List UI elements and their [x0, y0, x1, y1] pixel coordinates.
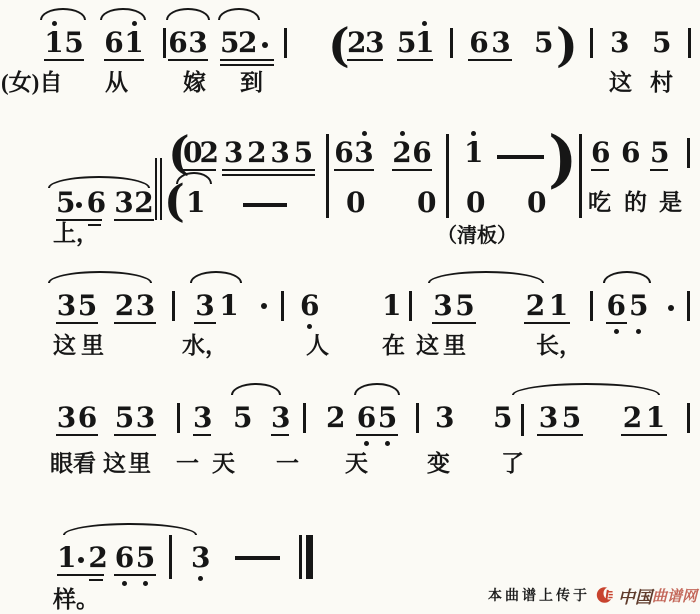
note-digit: 2 — [347, 30, 365, 56]
note-digit: 6 — [77, 405, 98, 431]
barline — [590, 28, 593, 58]
note-digit: 5 — [397, 30, 415, 56]
note-digit: 3 — [191, 545, 209, 571]
barline — [521, 404, 524, 436]
note-digit: 5 — [135, 545, 156, 571]
augmentation-dot — [668, 305, 674, 311]
lyric: 天 — [212, 452, 237, 476]
tie — [40, 8, 86, 20]
note-digit: 3 — [354, 140, 374, 166]
held-note-dash — [243, 203, 287, 207]
barline — [281, 291, 284, 321]
note-digit: 3 — [222, 140, 245, 166]
note-digit: 3 — [193, 293, 217, 319]
barline — [303, 403, 306, 433]
lyric: 这里 — [53, 334, 109, 358]
note-digit: 5 — [493, 405, 509, 431]
barline — [450, 28, 453, 58]
note-digit: 3 — [490, 30, 512, 56]
note-group: 63 — [334, 140, 374, 186]
tie — [512, 383, 660, 395]
note-digit: 0 — [346, 190, 362, 216]
note-group: 5 — [650, 140, 668, 186]
barline — [416, 403, 419, 433]
note-digit: 2 — [114, 293, 135, 319]
note-digit: 6 — [605, 293, 628, 319]
underline — [650, 169, 668, 171]
note-digit: 1 — [124, 30, 144, 56]
underline — [56, 434, 98, 436]
note-digit: 3 — [193, 405, 211, 431]
site-logo-icon — [596, 586, 614, 604]
barline — [579, 134, 582, 218]
underline — [220, 59, 274, 61]
underline — [193, 434, 211, 436]
note-digit: 3 — [269, 140, 292, 166]
underline — [537, 434, 583, 436]
note-digit: 6 — [104, 30, 124, 56]
note-group: 23 — [347, 30, 383, 76]
underline — [114, 434, 156, 436]
lyric: 天 — [345, 452, 370, 476]
octave-dot-high — [400, 131, 405, 136]
note-digit: 6 — [334, 140, 354, 166]
octave-dot-high — [132, 21, 137, 26]
lyric: 长， — [536, 334, 582, 358]
parenthesis: ( — [164, 180, 185, 224]
tie — [48, 271, 152, 283]
tie — [354, 383, 400, 395]
barline — [172, 291, 175, 321]
underline — [56, 322, 98, 324]
note-digit: 0 — [527, 190, 543, 216]
tie — [190, 271, 242, 283]
rhythm-dot — [262, 42, 268, 48]
underline — [194, 322, 216, 324]
note-group: 3235 — [222, 140, 315, 186]
note-digit: 5 — [377, 405, 398, 431]
note-digit: 1 — [644, 405, 667, 431]
barline — [326, 134, 329, 218]
annotation: （清板） — [437, 224, 517, 248]
underline — [347, 59, 383, 61]
note-digit: 2 — [88, 545, 104, 571]
barline — [687, 291, 690, 321]
score-canvas: 15616352(2351635)35(女)自从嫁到这村5632((023235… — [0, 0, 700, 614]
note-digit: 0 — [417, 190, 433, 216]
barline — [169, 535, 172, 579]
tie — [231, 383, 281, 395]
note-digit: 2 — [621, 405, 644, 431]
note-digit: 5 — [652, 30, 670, 56]
final-barline — [299, 535, 302, 579]
note-group: 51 — [397, 30, 433, 76]
octave-dot-high — [471, 131, 476, 136]
lyric: 一 — [276, 452, 301, 476]
underline — [114, 322, 156, 324]
underline — [168, 59, 208, 61]
lyric: 是 — [659, 191, 684, 215]
tie — [428, 271, 544, 283]
underline — [621, 434, 667, 436]
note-digit: 6 — [621, 140, 639, 166]
tie — [63, 523, 197, 535]
octave-dot-high — [362, 131, 367, 136]
note-digit: 2 — [245, 140, 268, 166]
lyric: 的 — [624, 191, 649, 215]
note-group: 3 — [271, 405, 289, 451]
lyric: 样。 — [53, 588, 99, 612]
note-digit: 5 — [220, 30, 238, 56]
lyric: 到 — [240, 71, 265, 95]
barline — [688, 28, 691, 58]
note-digit: 2 — [392, 140, 412, 166]
note-group: 3 — [435, 405, 451, 451]
note-group: 0 — [417, 190, 433, 236]
lyric: 人 — [306, 334, 331, 358]
score-sheet: 15616352(2351635)35(女)自从嫁到这村5632((023235… — [0, 0, 700, 614]
tie — [100, 8, 146, 20]
note-digit: 5 — [77, 293, 98, 319]
note-group: 2 — [326, 405, 342, 451]
underline — [114, 219, 154, 221]
note-digit: 5 — [292, 140, 315, 166]
note-group: 65 — [605, 293, 650, 339]
lyric: 一 — [176, 452, 201, 476]
octave-dot-low — [143, 581, 148, 586]
lyric: 从 — [105, 71, 130, 95]
augmentation-dot — [261, 303, 267, 309]
lyric: 变 — [427, 452, 452, 476]
octave-dot-low — [364, 441, 369, 446]
underline — [356, 434, 398, 436]
note-digit: 1 — [547, 293, 570, 319]
underline — [114, 574, 156, 576]
octave-dot-high — [422, 21, 427, 26]
lyric: 在 — [382, 334, 407, 358]
barline — [687, 138, 690, 168]
note-group: 1 — [186, 190, 202, 236]
lyric: (女)自 — [1, 71, 62, 95]
octave-dot-low — [198, 576, 203, 581]
note-digit: 6 — [87, 190, 102, 216]
barline — [409, 291, 412, 321]
note-digit: 5 — [650, 140, 668, 166]
note-group: 65 — [114, 545, 156, 591]
lyric: 了 — [501, 452, 526, 476]
rhythm-dot — [78, 557, 84, 563]
note-digit: 6 — [300, 293, 318, 319]
tie — [603, 271, 651, 283]
note-digit: 3 — [135, 405, 156, 431]
note-digit: 1 — [382, 293, 400, 319]
lyric: 这里 — [103, 452, 153, 476]
lyric: 眼看 — [50, 452, 96, 476]
double-barline — [160, 158, 162, 220]
lyric: 这 — [609, 71, 634, 95]
note-digit: 1 — [57, 545, 73, 571]
note-digit: 3 — [188, 30, 208, 56]
lyric: 上， — [53, 222, 99, 246]
underline — [524, 322, 570, 324]
note-digit: 3 — [537, 405, 560, 431]
note-digit: 1 — [44, 30, 64, 56]
note-digit: 3 — [365, 30, 383, 56]
note-digit: 1 — [415, 30, 433, 56]
note-group: 1 — [464, 140, 482, 186]
note-group: 6 — [591, 140, 609, 186]
note-digit: 6 — [412, 140, 432, 166]
underline — [606, 322, 627, 324]
note-digit: 5 — [454, 293, 476, 319]
note-digit: 6 — [468, 30, 490, 56]
note-digit: 1 — [217, 293, 241, 319]
note-digit: 6 — [168, 30, 188, 56]
lyric: 水， — [182, 334, 228, 358]
note-digit: 3 — [432, 293, 454, 319]
note-digit: 5 — [628, 293, 651, 319]
underline — [44, 59, 84, 61]
underline — [591, 169, 609, 171]
octave-dot-low — [614, 329, 619, 334]
note-digit: 1 — [186, 190, 202, 216]
lyric: 这里 — [416, 334, 470, 358]
site-name-secondary: 曲谱网 — [652, 585, 697, 606]
note-digit: 3 — [56, 293, 77, 319]
note-group: 5 — [233, 405, 249, 451]
note-group: 53 — [114, 405, 156, 451]
underline — [222, 169, 315, 171]
tie — [166, 8, 210, 20]
note-group: 23 — [114, 293, 156, 339]
note-digit: 6 — [356, 405, 377, 431]
underline — [183, 169, 216, 171]
note-digit: 0 — [183, 140, 200, 166]
note-group: 5 — [493, 405, 509, 451]
underline — [468, 59, 512, 61]
underline — [432, 322, 476, 324]
note-digit: 0 — [466, 190, 482, 216]
note-digit: 5 — [534, 30, 552, 56]
watermark: 本曲谱上传于 中国 曲谱网 — [488, 583, 697, 607]
underline — [220, 64, 274, 66]
octave-dot-low — [636, 329, 641, 334]
barline — [163, 28, 166, 58]
underline — [57, 574, 104, 576]
parenthesis: ) — [548, 128, 577, 190]
rhythm-dot — [76, 202, 82, 208]
note-digit: 5 — [64, 30, 84, 56]
note-group: 0 — [527, 190, 543, 236]
underline — [222, 174, 315, 176]
note-group: 36 — [56, 405, 98, 451]
lyric: 吃 — [588, 191, 613, 215]
note-digit: 1 — [464, 140, 482, 166]
barline — [177, 403, 180, 433]
barline — [590, 291, 593, 321]
note-group: 63 — [468, 30, 512, 76]
note-digit: 5 — [233, 405, 249, 431]
parenthesis: ) — [556, 22, 578, 68]
octave-dot-low — [122, 581, 127, 586]
held-note-dash — [235, 556, 280, 560]
note-digit: 2 — [524, 293, 547, 319]
note-digit: 3 — [135, 293, 156, 319]
underline — [397, 59, 433, 61]
note-group: 32 — [114, 190, 154, 236]
note-digit: 6 — [591, 140, 609, 166]
note-digit: 6 — [114, 545, 135, 571]
note-digit: 2 — [238, 30, 256, 56]
final-barline — [306, 535, 313, 579]
octave-dot-low — [385, 441, 390, 446]
note-group: 26 — [392, 140, 432, 186]
octave-dot-low — [307, 324, 312, 329]
held-note-dash — [497, 155, 544, 159]
note-group: 65 — [356, 405, 398, 451]
note-group: 3 — [193, 405, 211, 451]
tie — [218, 8, 260, 20]
note-digit: 5 — [56, 190, 71, 216]
note-digit: 3 — [114, 190, 134, 216]
underline — [104, 59, 144, 61]
note-digit: 5 — [114, 405, 135, 431]
underline — [392, 169, 432, 171]
note-group: 5 — [534, 30, 552, 76]
note-group: 3 — [191, 545, 209, 591]
note-digit: 3 — [435, 405, 451, 431]
note-digit: 2 — [326, 405, 342, 431]
note-digit: 3 — [56, 405, 77, 431]
lyric: 村 — [650, 71, 675, 95]
note-digit: 3 — [271, 405, 289, 431]
barline — [687, 403, 690, 433]
double-barline — [155, 158, 157, 220]
site-name-primary: 中国 — [618, 583, 652, 608]
note-digit: 3 — [610, 30, 628, 56]
octave-dot-high — [52, 21, 57, 26]
underline — [271, 434, 289, 436]
note-digit: 5 — [560, 405, 583, 431]
note-digit: 2 — [134, 190, 154, 216]
barline — [284, 28, 287, 58]
lyric: 嫁 — [183, 71, 208, 95]
note-group: 21 — [621, 405, 667, 451]
note-group: 0 — [346, 190, 362, 236]
note-group: 35 — [537, 405, 583, 451]
note-group: 12 — [57, 545, 104, 591]
note-group: 6 — [621, 140, 639, 186]
underline — [334, 169, 374, 171]
note-digit: 2 — [200, 140, 217, 166]
barline — [446, 134, 449, 218]
underline — [89, 579, 103, 581]
watermark-text: 本曲谱上传于 — [488, 585, 590, 605]
